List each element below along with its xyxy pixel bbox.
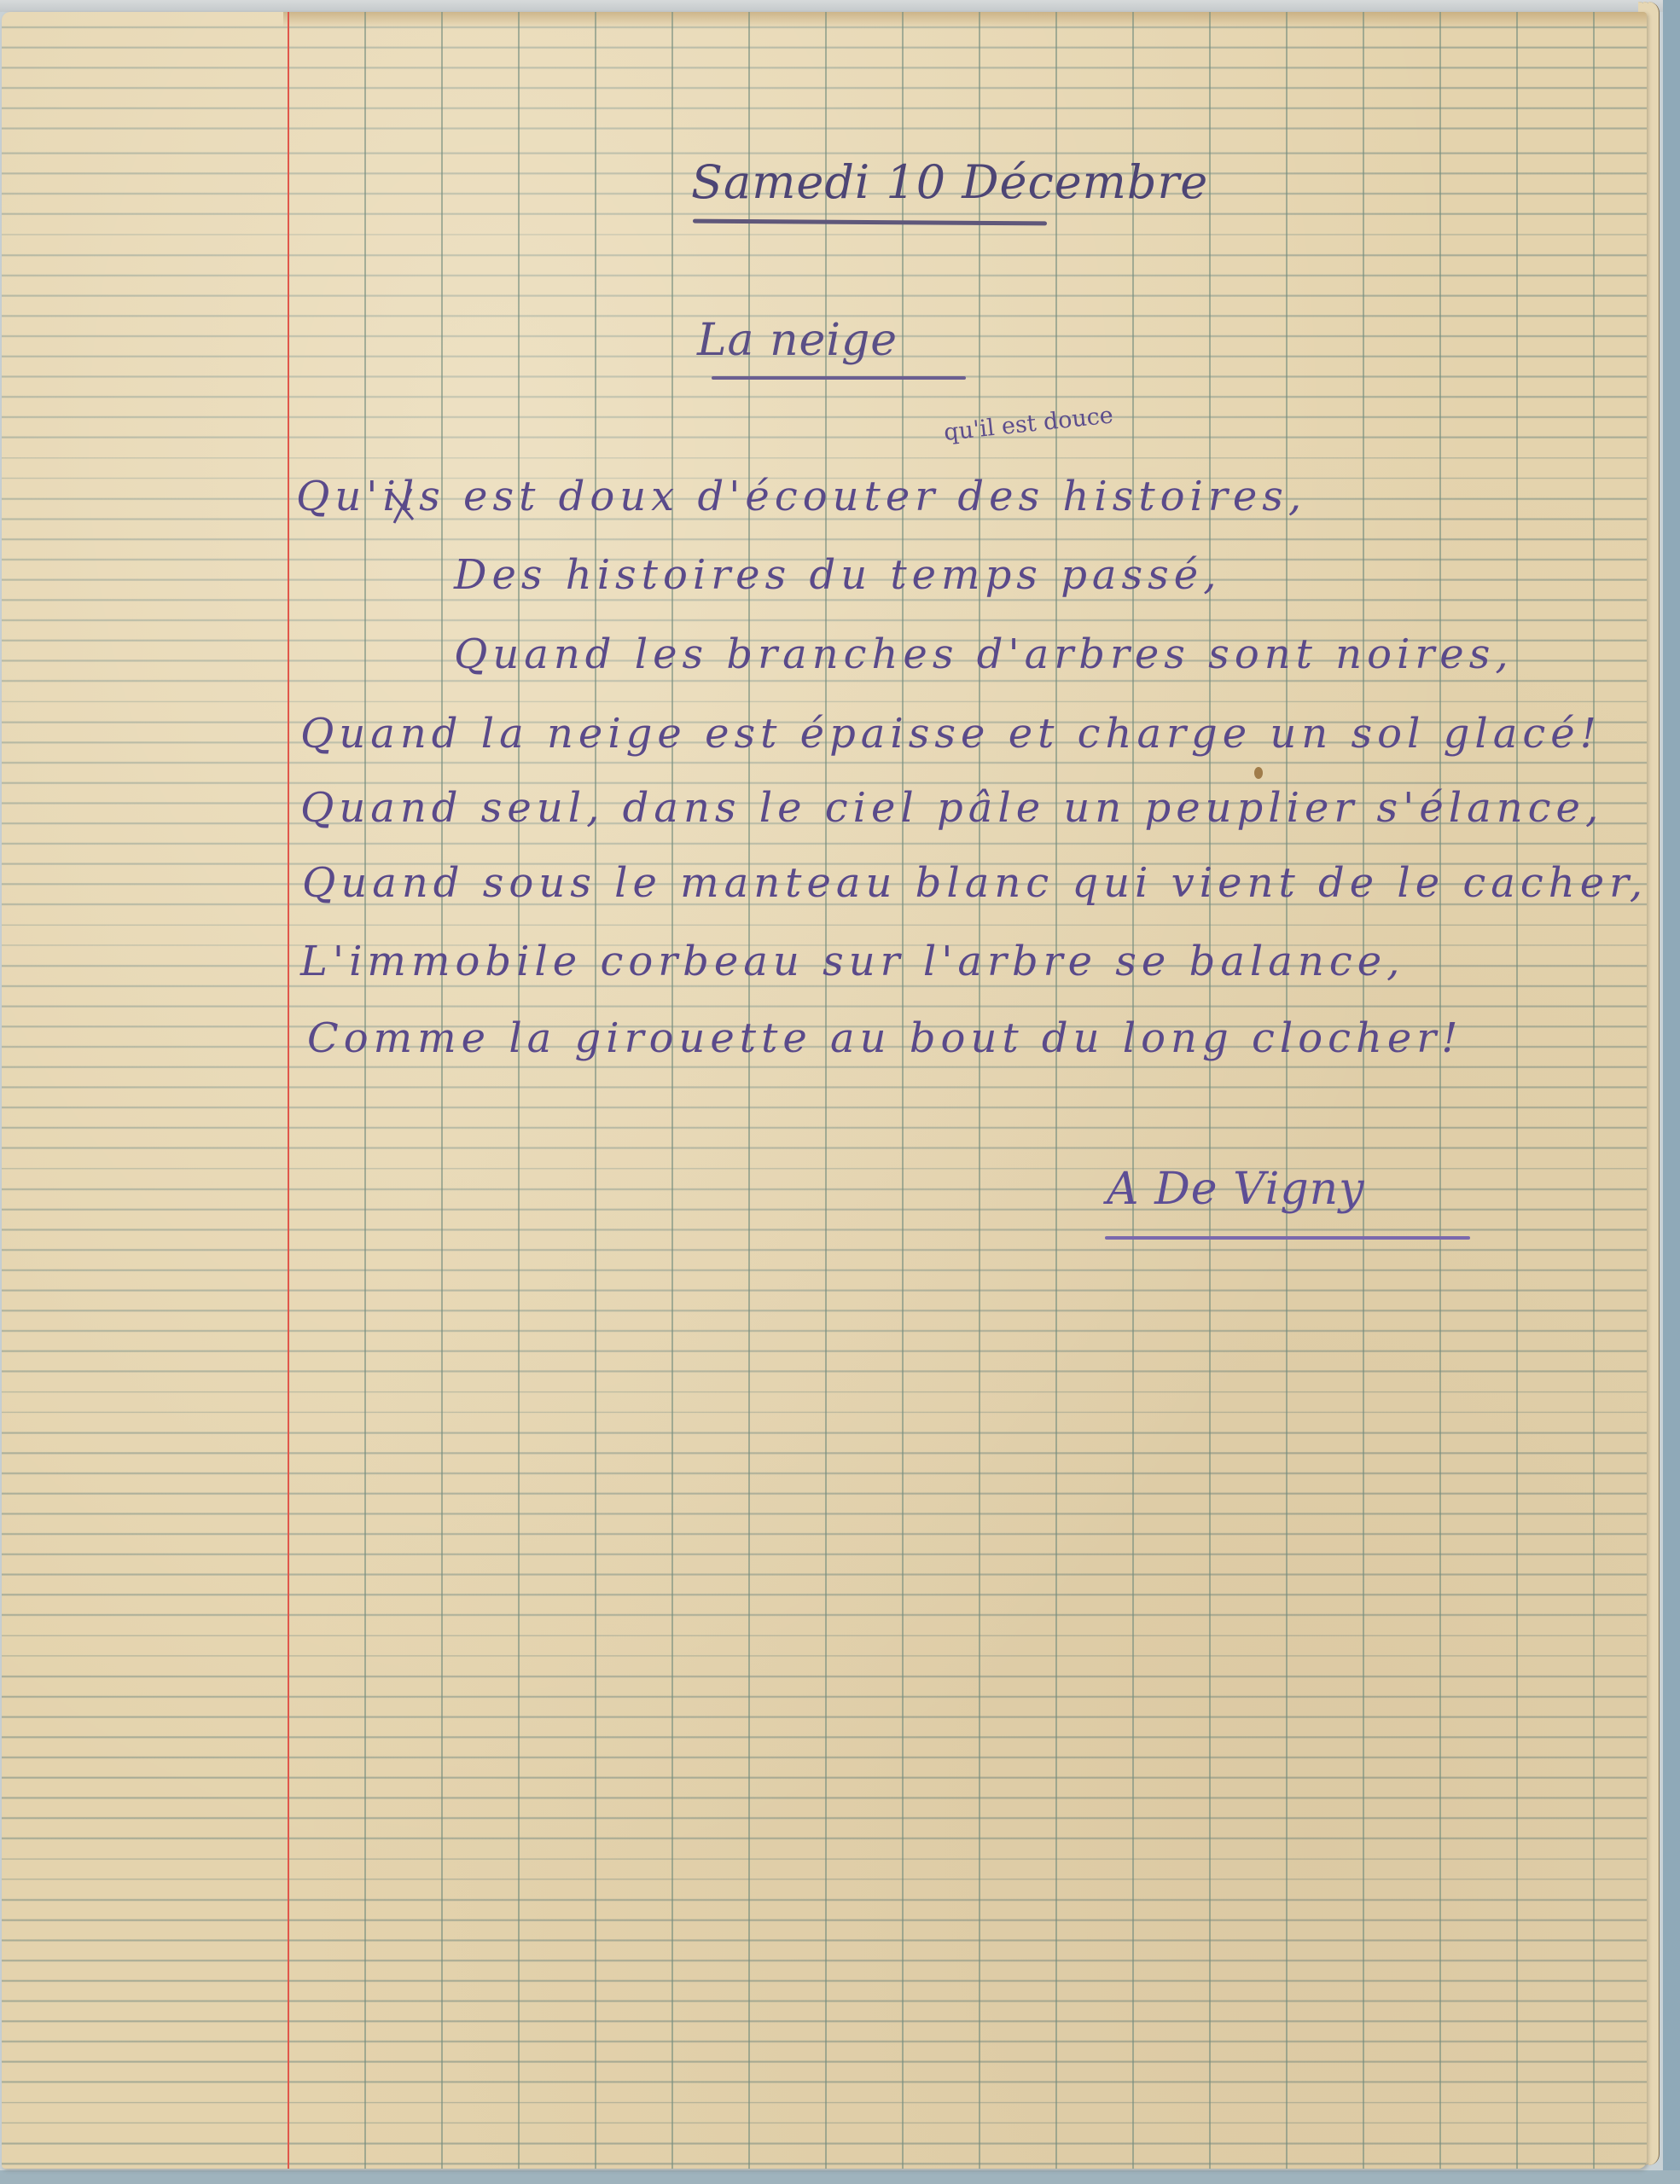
grid-vertical-line bbox=[441, 12, 443, 2169]
poem-line-5: Quand seul, dans le ciel pâle un peuplie… bbox=[300, 784, 1603, 832]
grid-vertical-line bbox=[1363, 12, 1364, 2169]
paper-stain bbox=[283, 12, 1647, 27]
poem-line-1: Qu'ils est doux d'écouter des histoires, bbox=[296, 473, 1306, 520]
scan-background-bottom bbox=[0, 2170, 1680, 2184]
grid-vertical-line bbox=[595, 12, 596, 2169]
ink-spot bbox=[1254, 767, 1263, 779]
poem-line-6: Quand sous le manteau blanc qui vient de… bbox=[302, 859, 1647, 907]
poem-line-7: L'immobile corbeau sur l'arbre se balanc… bbox=[300, 938, 1404, 985]
author-signature: A De Vigny bbox=[1107, 1164, 1365, 1215]
date-underline bbox=[693, 219, 1047, 226]
grid-vertical-line bbox=[518, 12, 520, 2169]
grid-vertical-line bbox=[1132, 12, 1134, 2169]
poem-line-2: Des histoires du temps passé, bbox=[454, 551, 1221, 599]
grid-vertical-line bbox=[671, 12, 673, 2169]
scan-background-right bbox=[1663, 0, 1680, 2184]
scan-background-top bbox=[0, 0, 1680, 12]
poem-line-8: Comme la girouette au bout du long cloch… bbox=[307, 1014, 1463, 1062]
grid-vertical-line bbox=[979, 12, 980, 2169]
grid-vertical-line bbox=[1209, 12, 1211, 2169]
grid-vertical-line bbox=[364, 12, 366, 2169]
strikethrough-mark-icon bbox=[387, 477, 416, 528]
date-heading: Samedi 10 Décembre bbox=[691, 155, 1208, 209]
notebook-page: Samedi 10 Décembre La neige qu'il est do… bbox=[2, 12, 1647, 2169]
grid-vertical-line bbox=[1055, 12, 1057, 2169]
handwritten-correction: qu'il est douce bbox=[943, 402, 1114, 446]
grid-vertical-line bbox=[1286, 12, 1288, 2169]
red-margin-line bbox=[288, 12, 289, 2169]
poem-line-4: Quand la neige est épaisse et charge un … bbox=[300, 710, 1602, 758]
signature-underline bbox=[1105, 1236, 1470, 1240]
poem-line-3: Quand les branches d'arbres sont noires, bbox=[454, 630, 1514, 678]
grid-vertical-line bbox=[1593, 12, 1595, 2169]
poem-title: La neige bbox=[697, 315, 898, 366]
poem-title-underline bbox=[712, 376, 966, 380]
underlying-sheet-edge bbox=[1648, 2, 1660, 2165]
grid-vertical-line bbox=[902, 12, 904, 2169]
grid-vertical-line bbox=[1516, 12, 1518, 2169]
grid-vertical-line bbox=[1439, 12, 1441, 2169]
